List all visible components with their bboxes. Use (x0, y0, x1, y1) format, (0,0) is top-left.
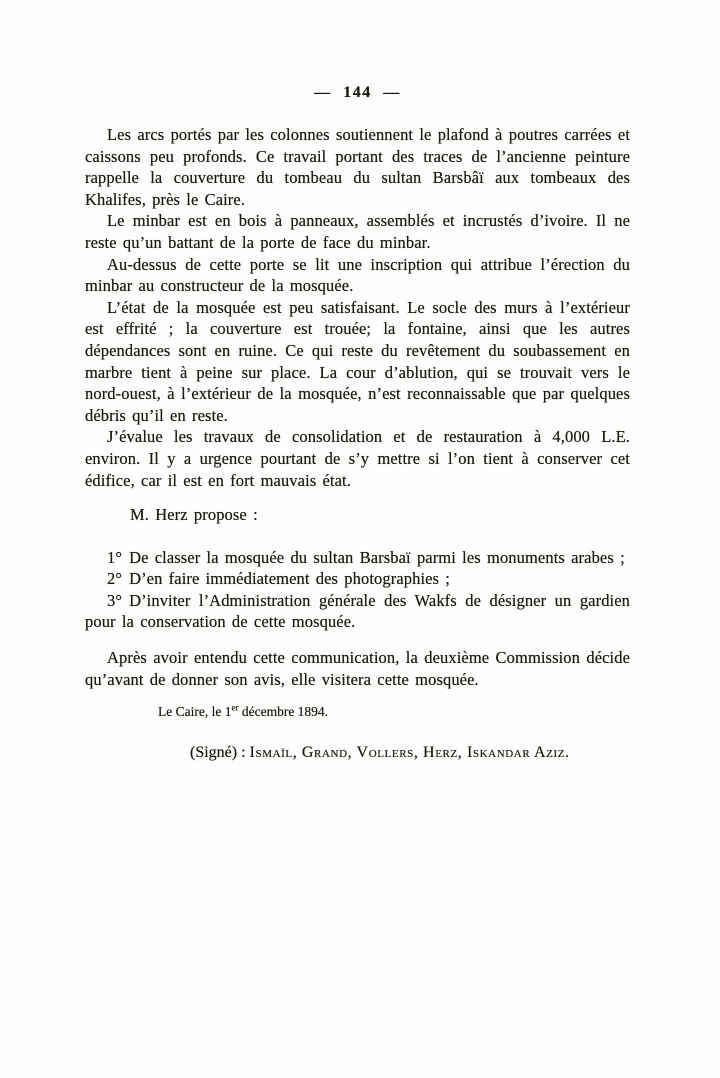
signature-line: (Signé) : Ismaïl, Grand, Vollers, Herz, … (190, 743, 630, 763)
dateline-pre: Le Caire, le 1 (158, 704, 231, 719)
body-paragraph: L’état de la mosquée est peu satisfaisan… (85, 297, 630, 427)
proposal-item-marker: 2° (107, 569, 122, 588)
proposal-item-3: 3°D’inviter l’Administration générale de… (85, 590, 630, 633)
closing-paragraph: Après avoir entendu cette communication,… (85, 647, 630, 690)
body-paragraph: Les arcs portés par les colonnes soutien… (85, 124, 630, 210)
proposal-item-1: 1°De classer la mosquée du sultan Barsba… (85, 547, 630, 569)
signature-names: Ismaïl, Grand, Vollers, Herz, Iskandar A… (250, 744, 570, 761)
body-paragraph: J’évalue les travaux de consolidation et… (85, 426, 630, 491)
proposal-intro: M. Herz propose : (85, 504, 630, 526)
scanned-document-page: — 144 — Les arcs portés par les colonnes… (0, 0, 720, 1078)
dateline-post: décembre 1894. (238, 704, 328, 719)
proposal-item-text: D’en faire immédiatement des photographi… (129, 569, 450, 588)
signature-prefix: (Signé) : (190, 744, 250, 761)
document-body: Les arcs portés par les colonnes soutien… (85, 124, 630, 690)
proposal-item-marker: 3° (107, 591, 122, 610)
proposal-item-text: De classer la mosquée du sultan Barsbaï … (129, 548, 625, 567)
proposal-item-2: 2°D’en faire immédiatement des photograp… (85, 568, 630, 590)
page-number-header: — 144 — (85, 84, 630, 102)
body-paragraph: Au-dessus de cette porte se lit une insc… (85, 254, 630, 297)
text-column: — 144 — Les arcs portés par les colonnes… (85, 84, 630, 763)
body-paragraph: Le minbar est en bois à panneaux, assemb… (85, 210, 630, 253)
dateline: Le Caire, le 1er décembre 1894. (158, 703, 630, 720)
proposal-item-marker: 1° (107, 548, 122, 567)
proposal-item-text: D’inviter l’Administration générale des … (85, 591, 630, 632)
